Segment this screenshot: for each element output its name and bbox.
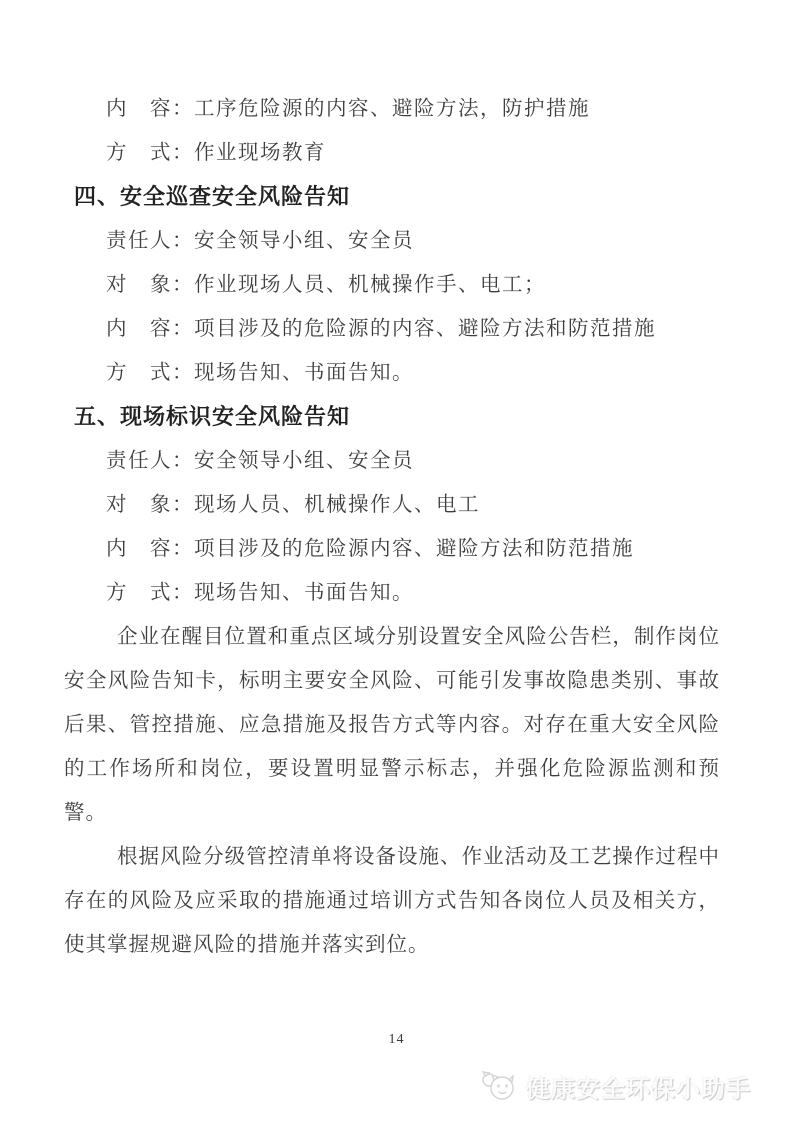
method-line: 方 式：作业现场教育	[106, 131, 720, 175]
target-line: 对 象：作业现场人员、机械操作手、电工；	[106, 263, 720, 307]
section-heading-5: 五、现场标识安全风险告知	[74, 395, 720, 439]
content-line: 内 容：工序危险源的内容、避险方法，防护措施	[106, 87, 720, 131]
watermark: 健康安全环保小助手	[479, 1066, 751, 1106]
method-line: 方 式：现场告知、书面告知。	[106, 571, 720, 615]
target-line: 对 象：现场人员、机械操作人、电工	[106, 483, 720, 527]
document-body: 内 容：工序危险源的内容、避险方法，防护措施 方 式：作业现场教育 四、安全巡查…	[64, 87, 720, 967]
watermark-text: 健康安全环保小助手	[526, 1069, 751, 1104]
mascot-face-icon	[479, 1066, 519, 1106]
body-paragraph: 企业在醒目位置和重点区域分别设置安全风险公告栏，制作岗位安全风险告知卡，标明主要…	[64, 615, 720, 835]
method-line: 方 式：现场告知、书面告知。	[106, 351, 720, 395]
page-number: 14	[0, 1032, 793, 1048]
document-page: 内 容：工序危险源的内容、避险方法，防护措施 方 式：作业现场教育 四、安全巡查…	[0, 0, 793, 1122]
content-line: 内 容：项目涉及的危险源的内容、避险方法和防范措施	[106, 307, 720, 351]
content-line: 内 容：项目涉及的危险源内容、避险方法和防范措施	[106, 527, 720, 571]
responsible-line: 责任人：安全领导小组、安全员	[106, 219, 720, 263]
responsible-line: 责任人：安全领导小组、安全员	[106, 439, 720, 483]
section-heading-4: 四、安全巡查安全风险告知	[74, 175, 720, 219]
body-paragraph: 根据风险分级管控清单将设备设施、作业活动及工艺操作过程中存在的风险及应采取的措施…	[64, 835, 720, 967]
